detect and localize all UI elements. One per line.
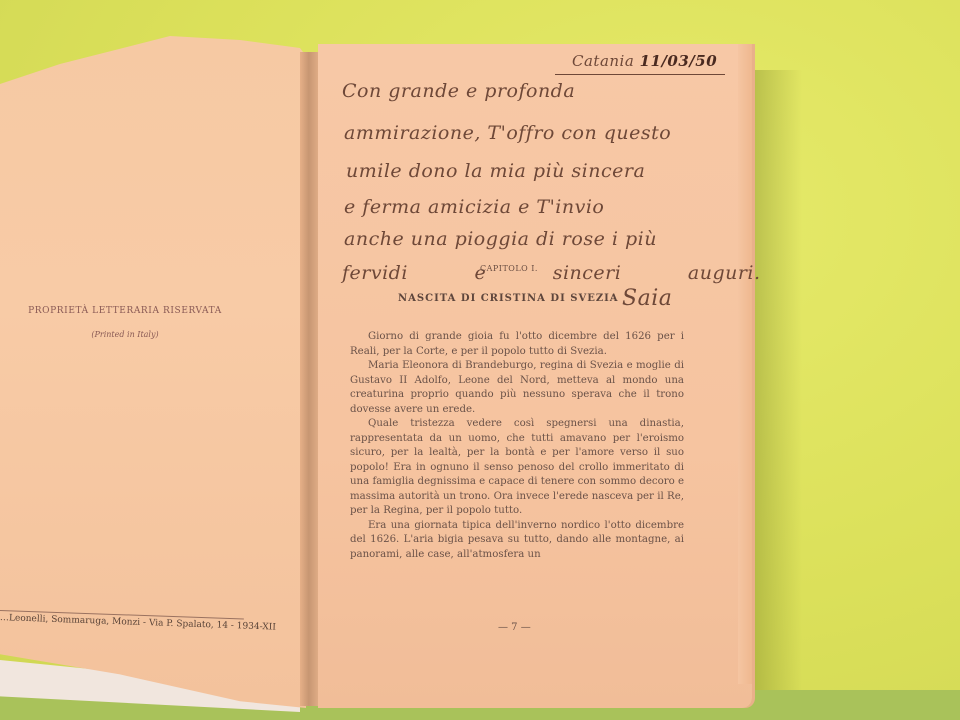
chapter-title: NASCITA DI CRISTINA DI SVEZIA — [398, 293, 619, 304]
right-page-edge — [738, 44, 752, 684]
chapter-label: CAPITOLO I. — [480, 264, 538, 273]
left-page — [0, 36, 306, 708]
paragraph: Quale tristezza vedere così spegnersi un… — [350, 417, 684, 519]
handwritten-signature: Saia — [622, 286, 672, 311]
handwriting-line-3: umile dono la mia più sincera — [346, 160, 645, 182]
paragraph: Giorno di grande gioia fu l'otto dicembr… — [350, 330, 684, 359]
paragraph: Era una giornata tipica dell'inverno nor… — [350, 519, 684, 563]
handwriting-line-5: anche una pioggia di rose i più — [344, 228, 657, 250]
date-underline — [555, 74, 725, 75]
page-number: — 7 — — [498, 622, 531, 633]
printed-in-italy: (Printed in Italy) — [0, 330, 250, 339]
handwriting-line-1: Con grande e profonda — [342, 80, 575, 102]
paragraph: Maria Eleonora di Brandeburgo, regina di… — [350, 359, 684, 417]
handwritten-date: Catania 11/03/50 — [572, 52, 717, 70]
handwriting-line-2: ammirazione, T'offro con questo — [344, 122, 671, 144]
handwriting-line-6: fervidi e sinceri auguri. — [342, 262, 761, 284]
handwritten-place: Catania — [572, 52, 634, 70]
chapter-body: Giorno di grande gioia fu l'otto dicembr… — [350, 330, 684, 562]
handwritten-date-numbers: 11/03/50 — [640, 52, 718, 70]
copyright-notice: PROPRIETÀ LETTERARIA RISERVATA — [0, 306, 250, 316]
handwriting-line-4: e ferma amicizia e T'invio — [344, 196, 604, 218]
